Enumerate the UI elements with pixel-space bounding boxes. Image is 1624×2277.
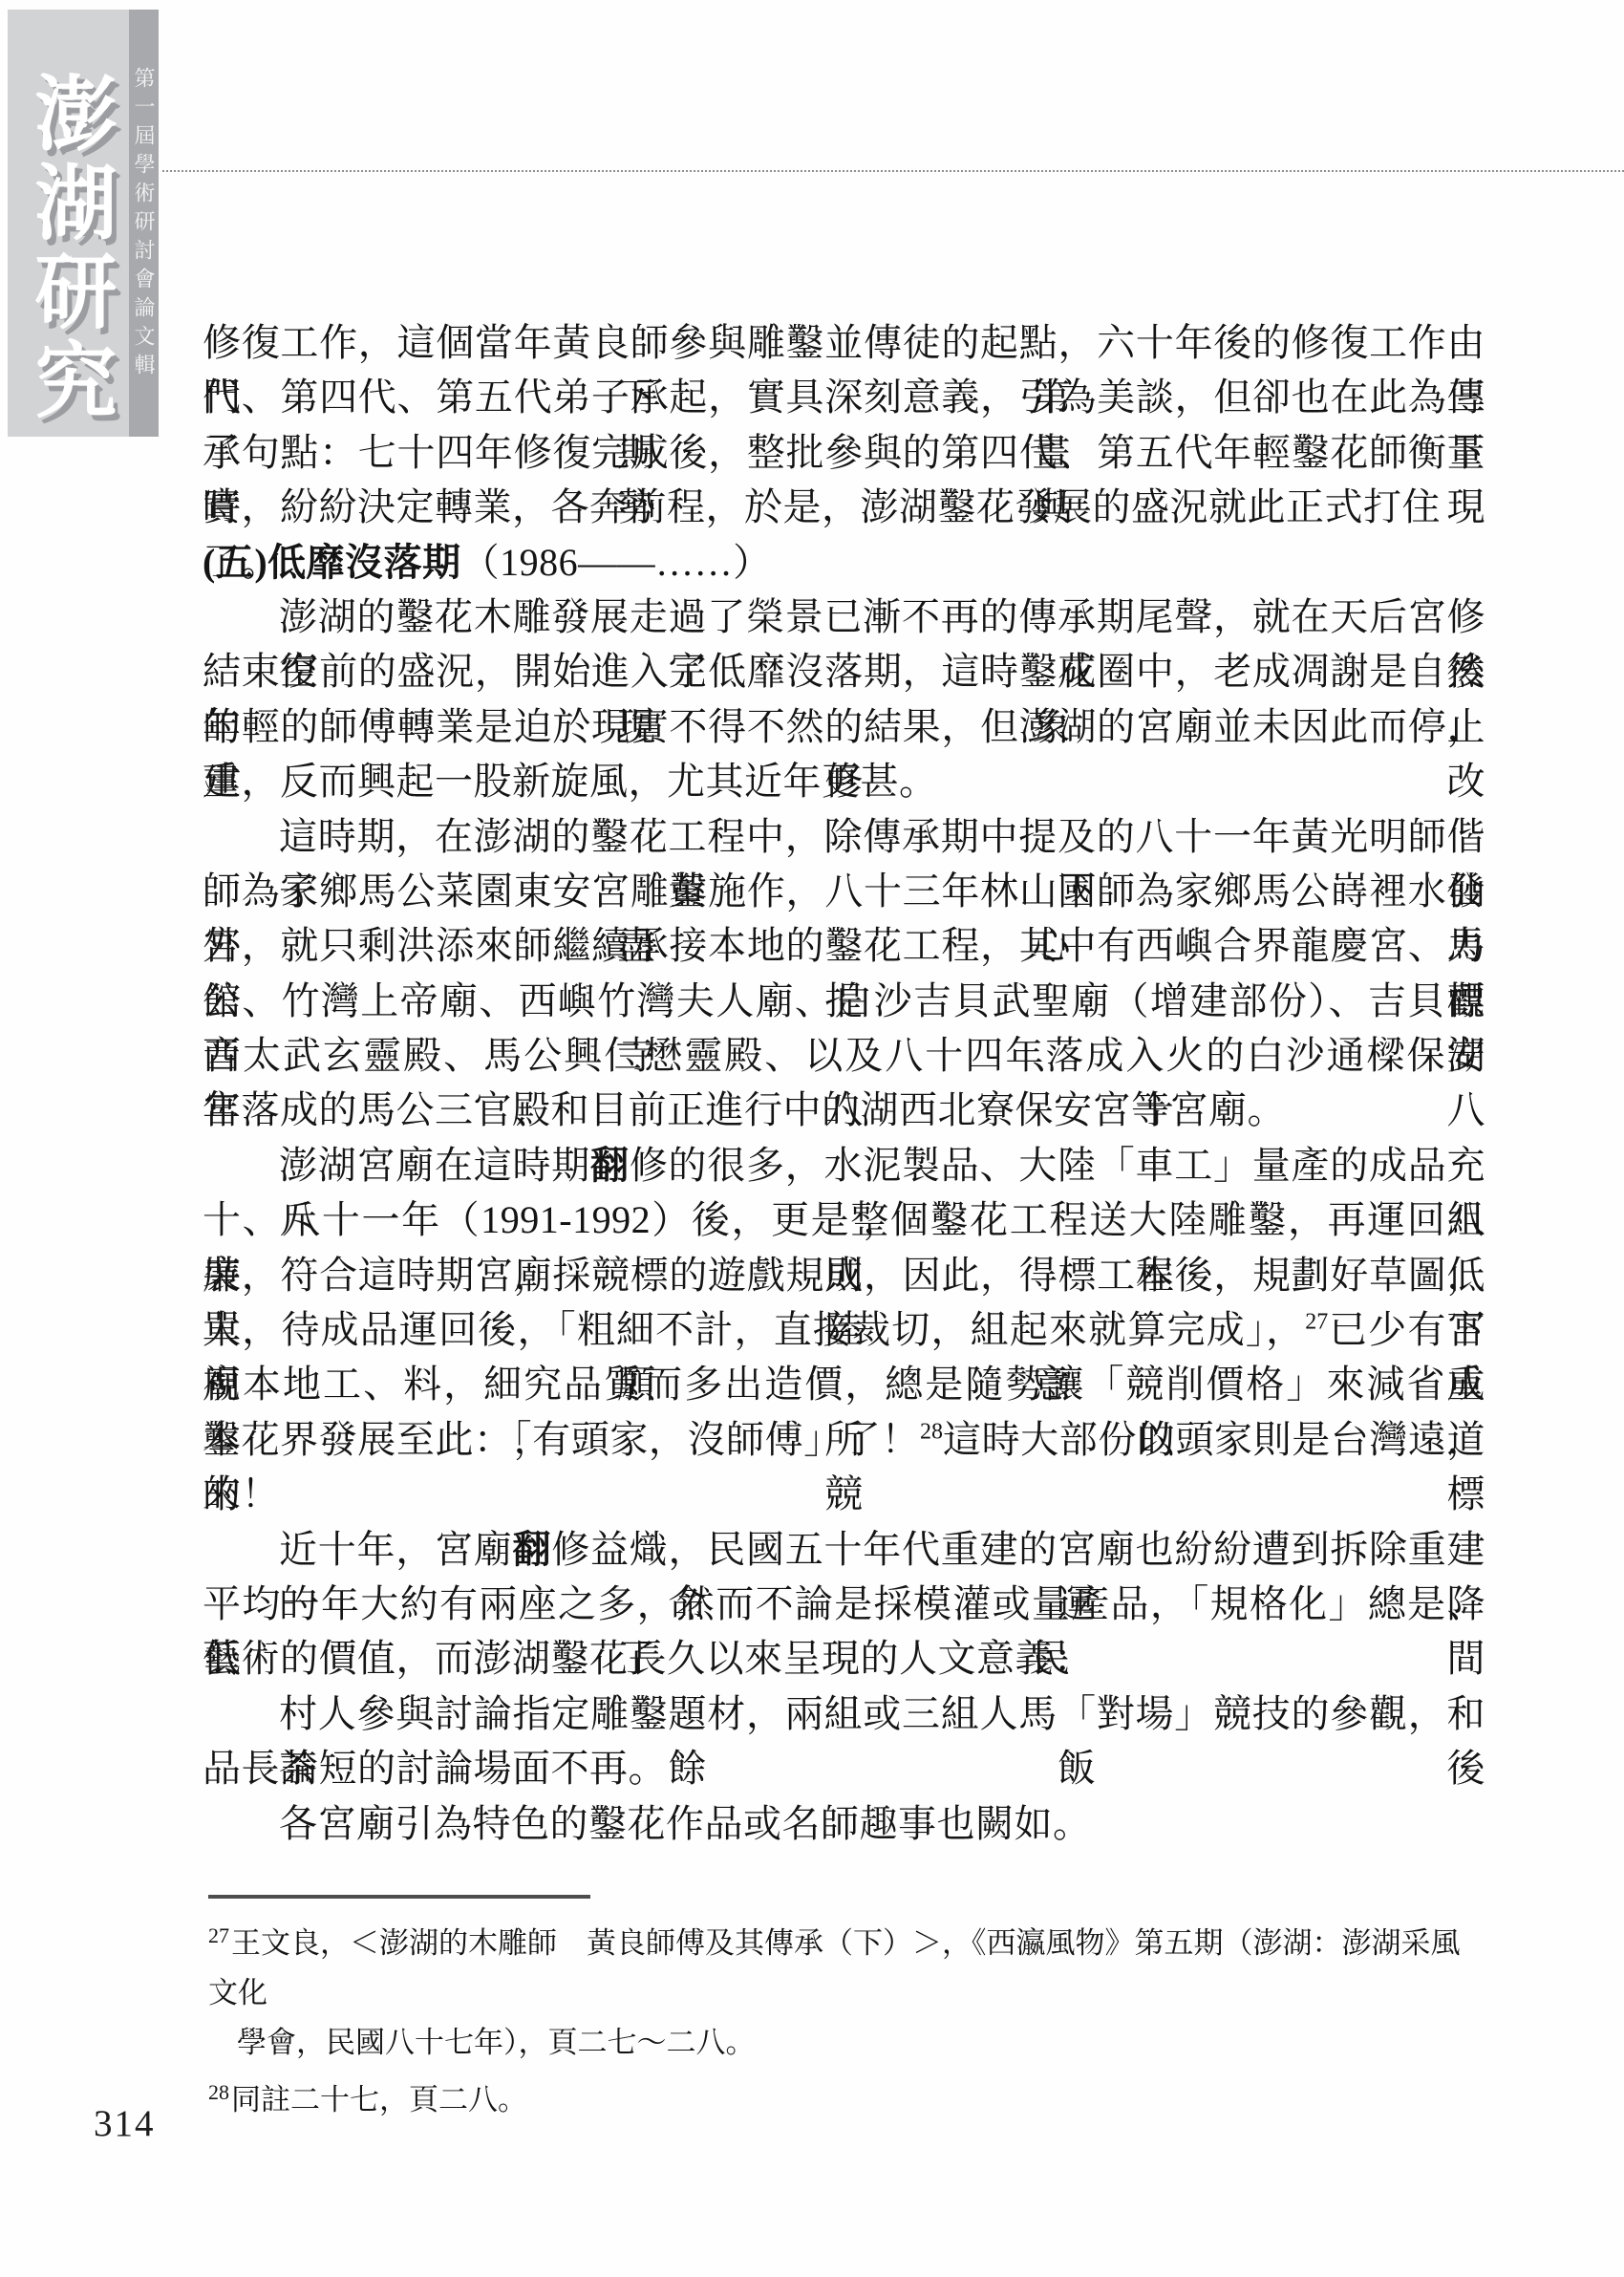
body-line: 修復工作，這個當年黃良師參與雕鑿並傳徒的起點，六十年後的修復工作由門下第三: [203, 315, 1485, 370]
sidebar-subtitle-strip: 第一屆學術研討會論文輯: [129, 10, 159, 437]
footnote-27: 27王文良，＜澎湖的木雕師 黃良師傅及其傳承（下）＞，《西瀛風物》第五期（澎湖：…: [208, 1919, 1484, 2068]
footnote-line: 學會，民國八十七年），頁二七～二八。: [208, 2018, 1484, 2068]
section-heading: (五)低靡沒落期（1986——……）: [203, 535, 1485, 590]
series-title: 澎湖研究: [11, 10, 126, 437]
body-line: 澎湖的鑿花木雕發展走過了榮景已漸不再的傳承期尾聲，就在天后宮修復完成後: [203, 590, 1485, 644]
body-line: 西太武玄靈殿、馬公興仁懋靈殿、以及八十四年落成入火的白沙通樑保安宮、八十八: [203, 1028, 1485, 1083]
footnote-separator: [208, 1895, 590, 1899]
footnote-marker: 27: [208, 1923, 229, 1947]
body-line: 實，紛紛決定轉業，各奔前程，於是，澎湖鑿花發展的盛況就此正式打住了。: [203, 480, 1485, 534]
footnote-28: 28同註二十七，頁二八。: [208, 2075, 1484, 2125]
body-line: 這時期，在澎湖的鑿花工程中，除傳承期中提及的八十一年黃光明師偕子黃國發: [203, 809, 1485, 864]
body-line: 了句點：七十四年修復完成後，整批參與的第四代、第五代年輕鑿花師衡量時勢與現: [203, 425, 1485, 480]
body-line: 師為家鄉馬公菜園東安宮雕鑿施作，八十三年林山下師為家鄉馬公嵵裡水仙宮盡心力: [203, 864, 1485, 918]
footnotes: 27王文良，＜澎湖的木雕師 黃良師傅及其傳承（下）＞，《西瀛風物》第五期（澎湖：…: [208, 1919, 1484, 2133]
body-line: 十、八十一年（1991-1992）後，更是整個鑿花工程送大陸雕鑿，再運回組裝，成…: [203, 1192, 1485, 1247]
body-line: 平均一年大約有兩座之多，然而不論是採模灌或量產品，「規格化」總是降低了民間: [203, 1577, 1485, 1631]
body-line: 各宮廟引為特色的鑿花作品或名師趣事也闕如。: [203, 1796, 1485, 1851]
body-line: 鑿花界發展至此：「有頭家，沒師傅」了！28這時大部份的頭家則是台灣遠道來競標: [203, 1412, 1485, 1467]
sidebar-series-banner: 澎湖研究: [8, 10, 129, 437]
body-line: 單，待成品運回後，「粗細不計，直接裁切，組起來就算完成」，27已少有宮廟願意重: [203, 1302, 1485, 1357]
footnote-line: 28同註二十七，頁二八。: [208, 2075, 1484, 2125]
body-line: 館、竹灣上帝廟、西嶼竹灣夫人廟、白沙吉貝武聖廟（增建部份）、吉貝觀音寺、湖: [203, 974, 1485, 1028]
document-page: { "colors": { "sidebar_box_bg": "#d2d3d5…: [0, 0, 1624, 2277]
body-line: 廉，符合這時期宮廟採競標的遊戲規則，因此，得標工程後，規劃好草圖，大陸下: [203, 1248, 1485, 1302]
page-number: 314: [94, 2102, 156, 2145]
body-line: 年輕的師傅轉業是迫於現實不得不然的結果，但澎湖的宮廟並未因此而停止重修改: [203, 699, 1485, 754]
body-line: 村人參與討論指定雕鑿題材，兩組或三組人馬「對場」競技的參觀，和茶餘飯後: [203, 1686, 1485, 1741]
body-line: 外，就只剩洪添來師繼續承接本地的鑿花工程，其中有西嶼合界龍慶宮、馬公提標: [203, 918, 1485, 973]
body-line: 代、第四代、第五代弟子承起，實具深刻意義，引為美談，但卻也在此為傳承期畫下: [203, 370, 1485, 424]
header-dotted-rule: [162, 170, 1624, 172]
body-line: 結束空前的盛況，開始進入了低靡沒落期，這時鑿花圈中，老成凋謝是自然的現象，: [203, 644, 1485, 698]
series-subtitle: 第一屆學術研討會論文輯: [129, 10, 159, 437]
body-line: 澎湖宮廟在這時期翻修的很多，水泥製品、大陸「車工」量產的成品充斥，八: [203, 1138, 1485, 1192]
body-line: 近十年，宮廟翻修益熾，民國五十年代重建的宮廟也紛紛遭到拆除重建的命運、: [203, 1522, 1485, 1577]
footnote-marker: 28: [208, 2080, 229, 2104]
body-text: 修復工作，這個當年黃良師參與雕鑿並傳徒的起點，六十年後的修復工作由門下第三代、第…: [203, 315, 1485, 1851]
body-line: 視本地工、料，細究品質而多出造價，總是隨勢讓「競削價格」來減省成本，所以，: [203, 1357, 1485, 1411]
footnote-line: 27王文良，＜澎湖的木雕師 黃良師傅及其傳承（下）＞，《西瀛風物》第五期（澎湖：…: [208, 1919, 1484, 2018]
